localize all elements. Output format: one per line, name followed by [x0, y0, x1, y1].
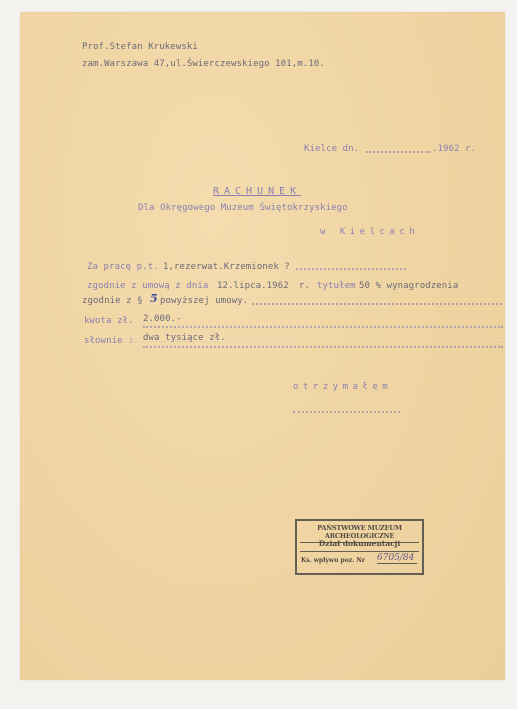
amount-value: 2.000.-: [143, 314, 182, 324]
sender-name: Prof.Stefan Krukewski: [82, 42, 198, 52]
amount-dotted-line: [143, 326, 503, 328]
clause-handwritten-number: 5: [150, 292, 158, 305]
received-label: otrzymałem: [293, 382, 392, 392]
document-title: RACHUNEK: [213, 186, 301, 197]
place-date-prefix: Kielce dn.: [304, 144, 359, 154]
signature-dotted-line: [293, 411, 400, 413]
agreement-prefix: zgodnie z umową z dnia: [87, 281, 208, 291]
words-value: dwa tysiące zł.: [143, 333, 226, 343]
stamp-register-number: 6705/84: [377, 553, 417, 564]
agreement-percent: 50 % wynagrodzenia: [359, 281, 458, 291]
work-label: Za pracę p.t.: [87, 262, 159, 272]
stamp-register-label: Ks. wpływu poz. Nr: [301, 557, 365, 564]
recipient-line1: Dla Okręgowego Muzeum Świętokrzyskiego: [138, 203, 348, 213]
date-year: .1962 r.: [432, 144, 476, 154]
work-dotted-line: [296, 268, 406, 270]
amount-label: kwota zł.: [84, 316, 134, 326]
clause-prefix: zgodnie z §: [82, 296, 143, 306]
agreement-title-word: tytułem: [317, 281, 356, 291]
sender-address: zam.Warszawa 47,ul.Świerczewskiego 101,m…: [82, 59, 325, 69]
agreement-r: r.: [299, 281, 310, 291]
agreement-date: 12.lipca.1962: [217, 281, 289, 291]
clause-suffix: powyższej umowy.: [160, 296, 248, 306]
archive-stamp: PAŃSTWOWE MUZEUM ARCHEOLOGICZNE Dział do…: [295, 519, 424, 575]
work-title: 1,rezerwat.Krzemionek ?: [163, 262, 290, 272]
recipient-line2: w Kielcach: [320, 227, 419, 237]
stamp-department: Dział dokumentacji: [300, 539, 419, 552]
clause-dotted-line: [252, 303, 502, 305]
words-dotted-line: [143, 346, 503, 348]
date-dotted-line: [366, 151, 430, 153]
words-label: słownie :: [84, 336, 134, 346]
